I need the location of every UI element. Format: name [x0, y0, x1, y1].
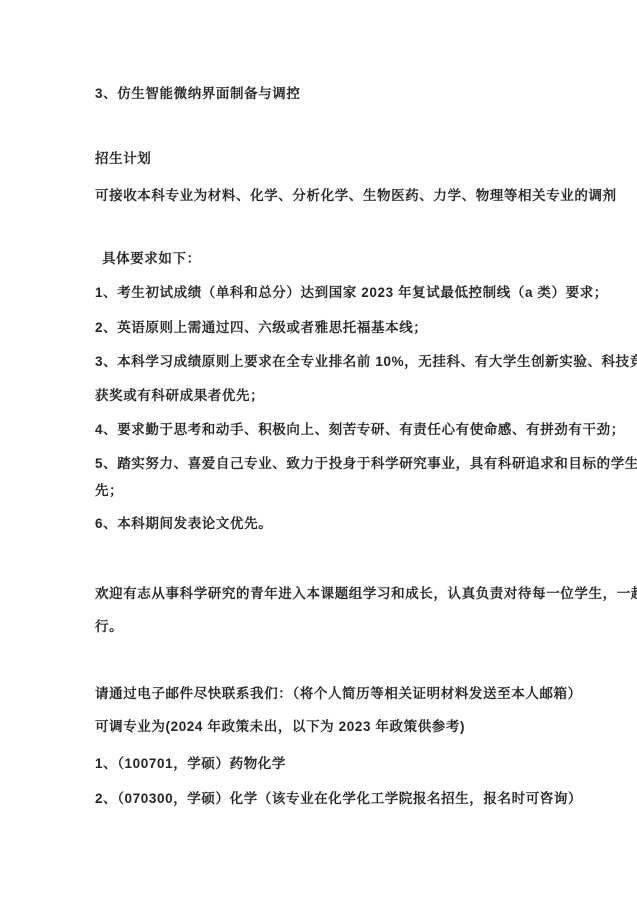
major-item-2: 2、（070300，学硕）化学（该专业在化学化工学院报名招生，报名时可咨询）	[95, 790, 597, 808]
requirement-item-4: 4、要求勤于思考和动手、积极向上、刻苦专研、有责任心有使命感、有拼劲有干劲；	[95, 421, 597, 439]
requirement-item-5-line-1: 5、踏实努力、喜爱自己专业、致力于投身于科学研究事业，具有科研追求和目标的学生优	[95, 455, 597, 473]
requirement-item-3-line-2: 获奖或有科研成果者优先；	[95, 387, 597, 405]
requirement-item-5-line-2: 先；	[95, 482, 597, 500]
research-direction-item-3: 3、仿生智能微纳界面制备与调控	[95, 85, 597, 103]
requirement-item-2: 2、英语原则上需通过四、六级或者雅思托福基本线；	[95, 319, 597, 337]
requirement-item-3-line-1: 3、本科学习成绩原则上要求在全专业排名前 10%，无挂科、有大学生创新实验、科技…	[95, 353, 597, 371]
welcome-message-line-1: 欢迎有志从事科学研究的青年进入本课题组学习和成长，认真负责对待每一位学生，一起同	[95, 585, 597, 603]
document-page: 3、仿生智能微纳界面制备与调控 招生计划 可接收本科专业为材料、化学、分析化学、…	[0, 0, 637, 900]
welcome-message-line-2: 行。	[95, 618, 597, 636]
enrollment-plan-heading: 招生计划	[95, 150, 597, 168]
requirement-item-6: 6、本科期间发表论文优先。	[95, 515, 597, 533]
major-item-1: 1、（100701，学硕）药物化学	[95, 755, 597, 773]
contact-instruction: 请通过电子邮件尽快联系我们：（将个人简历等相关证明材料发送至本人邮箱）	[95, 685, 597, 703]
adjustable-majors-intro: 可调专业为(2024 年政策未出，以下为 2023 年政策供参考)	[95, 718, 597, 736]
requirements-intro: 具体要求如下：	[102, 250, 597, 268]
requirement-item-1: 1、考生初试成绩（单科和总分）达到国家 2023 年复试最低控制线（a 类）要求…	[95, 284, 597, 302]
accepted-majors-text: 可接收本科专业为材料、化学、分析化学、生物医药、力学、物理等相关专业的调剂	[95, 187, 597, 205]
